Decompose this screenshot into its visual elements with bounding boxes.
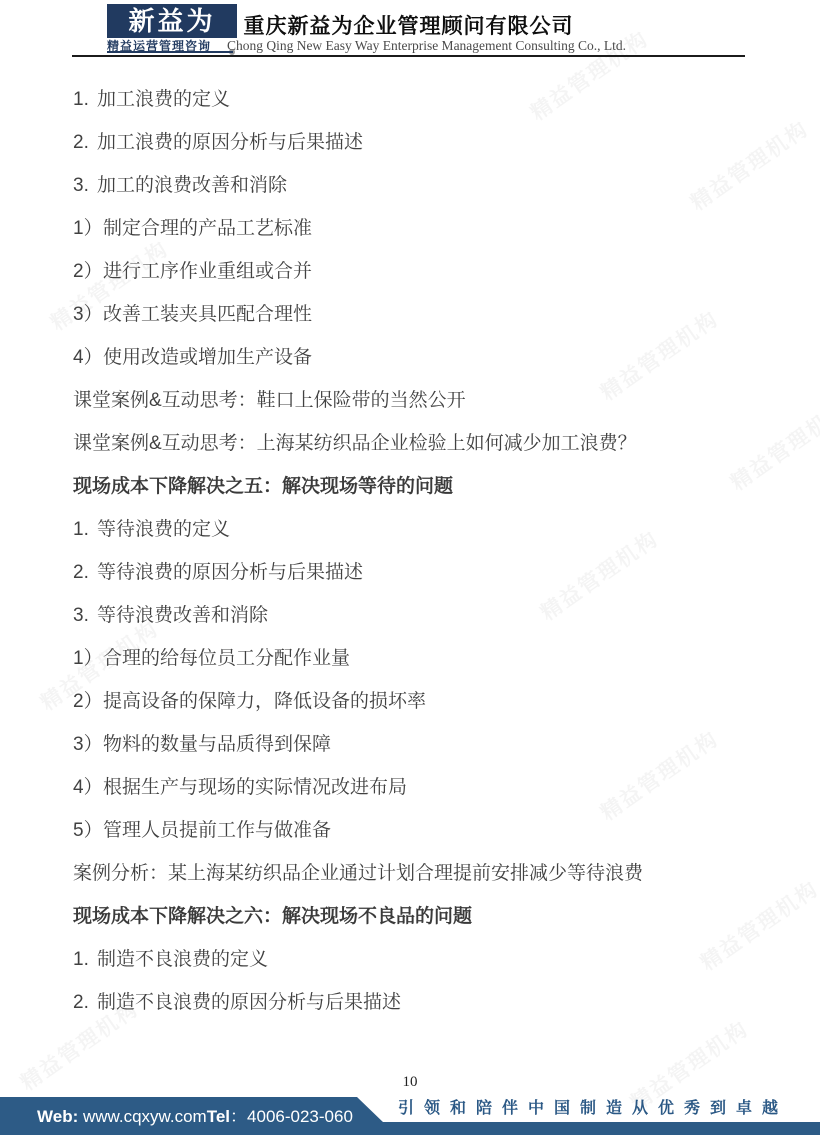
line-text: 等待浪费的原因分析与后果描述 (97, 562, 363, 583)
line-text: 改善工装夹具匹配合理性 (103, 304, 312, 325)
line-text: 物料的数量与品质得到保障 (103, 734, 331, 755)
line-text: 使用改造或增加生产设备 (103, 347, 312, 368)
outline-line: 1）合理的给每位员工分配作业量 (73, 637, 793, 680)
web-url: www.cqxyw.com (78, 1107, 206, 1126)
outline-line: 1.加工浪费的定义 (73, 78, 793, 121)
line-text: 加工浪费的定义 (97, 89, 230, 110)
line-text: 根据生产与现场的实际情况改进布局 (103, 777, 407, 798)
outline-line: 3.等待浪费改善和消除 (73, 594, 793, 637)
line-text: 课堂案例&互动思考：鞋口上保险带的当然公开 (73, 390, 466, 411)
line-text: 制造不良浪费的原因分析与后果描述 (97, 992, 401, 1013)
outline-line: 2.制造不良浪费的原因分析与后果描述 (73, 981, 793, 1024)
company-name-en: Chong Qing New Easy Way Enterprise Manag… (90, 38, 763, 54)
outline-line: 课堂案例&互动思考：上海某纺织品企业检验上如何减少加工浪费？ (73, 422, 793, 465)
web-label: Web: (37, 1107, 78, 1126)
tel-label: Tel (207, 1107, 230, 1126)
line-text: 提高设备的保障力，降低设备的损坏率 (103, 691, 426, 712)
footer-contact-text: Web: www.cqxyw.comTel：4006-023-060 (0, 1097, 397, 1135)
line-marker: 2. (73, 121, 97, 164)
outline-section-heading: 现场成本下降解决之六：解决现场不良品的问题 (73, 895, 793, 938)
line-marker: 2） (73, 250, 103, 293)
page-number: 10 (0, 1074, 820, 1091)
tel-number: ：4006-023-060 (230, 1107, 353, 1126)
outline-section-heading: 现场成本下降解决之五：解决现场等待的问题 (73, 465, 793, 508)
outline-line: 2.加工浪费的原因分析与后果描述 (73, 121, 793, 164)
line-marker: 1. (73, 938, 97, 981)
outline-line: 案例分析：某上海某纺织品企业通过计划合理提前安排减少等待浪费 (73, 852, 793, 895)
outline-line: 4）根据生产与现场的实际情况改进布局 (73, 766, 793, 809)
outline-line: 1.等待浪费的定义 (73, 508, 793, 551)
line-marker: 1） (73, 637, 103, 680)
line-marker: 1） (73, 207, 103, 250)
line-text: 合理的给每位员工分配作业量 (103, 648, 350, 669)
line-text: 课堂案例&互动思考：上海某纺织品企业检验上如何减少加工浪费？ (73, 433, 637, 454)
line-text: 管理人员提前工作与做准备 (103, 820, 331, 841)
page-footer: Web: www.cqxyw.comTel：4006-023-060 引领和陪伴… (0, 1097, 820, 1135)
line-text: 加工浪费的原因分析与后果描述 (97, 132, 363, 153)
outline-line: 3）改善工装夹具匹配合理性 (73, 293, 793, 336)
outline-line: 1.制造不良浪费的定义 (73, 938, 793, 981)
line-marker: 3. (73, 164, 97, 207)
line-marker: 3） (73, 293, 103, 336)
line-text: 案例分析：某上海某纺织品企业通过计划合理提前安排减少等待浪费 (73, 863, 643, 884)
line-marker: 1. (73, 78, 97, 121)
line-marker: 2. (73, 551, 97, 594)
outline-line: 2.等待浪费的原因分析与后果描述 (73, 551, 793, 594)
line-text: 进行工序作业重组或合并 (103, 261, 312, 282)
outline-line: 3）物料的数量与品质得到保障 (73, 723, 793, 766)
outline-line: 5）管理人员提前工作与做准备 (73, 809, 793, 852)
course-outline: 1.加工浪费的定义 2.加工浪费的原因分析与后果描述 3.加工的浪费改善和消除 … (73, 78, 793, 1024)
line-marker: 3. (73, 594, 97, 637)
outline-line: 2）进行工序作业重组或合并 (73, 250, 793, 293)
outline-line: 3.加工的浪费改善和消除 (73, 164, 793, 207)
document-page: 精益管理机构 精益管理机构 精益管理机构 精益管理机构 精益管理机构 精益管理机… (0, 0, 820, 1135)
line-text: 现场成本下降解决之五：解决现场等待的问题 (73, 476, 453, 497)
line-text: 等待浪费改善和消除 (97, 605, 268, 626)
company-name-cn: 重庆新益为企业管理顾问有限公司 (72, 10, 745, 40)
line-marker: 1. (73, 508, 97, 551)
line-text: 等待浪费的定义 (97, 519, 230, 540)
line-marker: 5） (73, 809, 103, 852)
line-marker: 2. (73, 981, 97, 1024)
outline-line: 课堂案例&互动思考：鞋口上保险带的当然公开 (73, 379, 793, 422)
line-text: 加工的浪费改善和消除 (97, 175, 287, 196)
line-marker: 3） (73, 723, 103, 766)
line-marker: 4） (73, 336, 103, 379)
header-divider (72, 55, 745, 57)
line-text: 现场成本下降解决之六：解决现场不良品的问题 (73, 906, 472, 927)
line-marker: 2） (73, 680, 103, 723)
line-text: 制造不良浪费的定义 (97, 949, 268, 970)
footer-slogan: 引领和陪伴中国制造从优秀到卓越 (398, 1097, 788, 1123)
line-text: 制定合理的产品工艺标准 (103, 218, 312, 239)
outline-line: 1）制定合理的产品工艺标准 (73, 207, 793, 250)
outline-line: 4）使用改造或增加生产设备 (73, 336, 793, 379)
outline-line: 2）提高设备的保障力，降低设备的损坏率 (73, 680, 793, 723)
line-marker: 4） (73, 766, 103, 809)
